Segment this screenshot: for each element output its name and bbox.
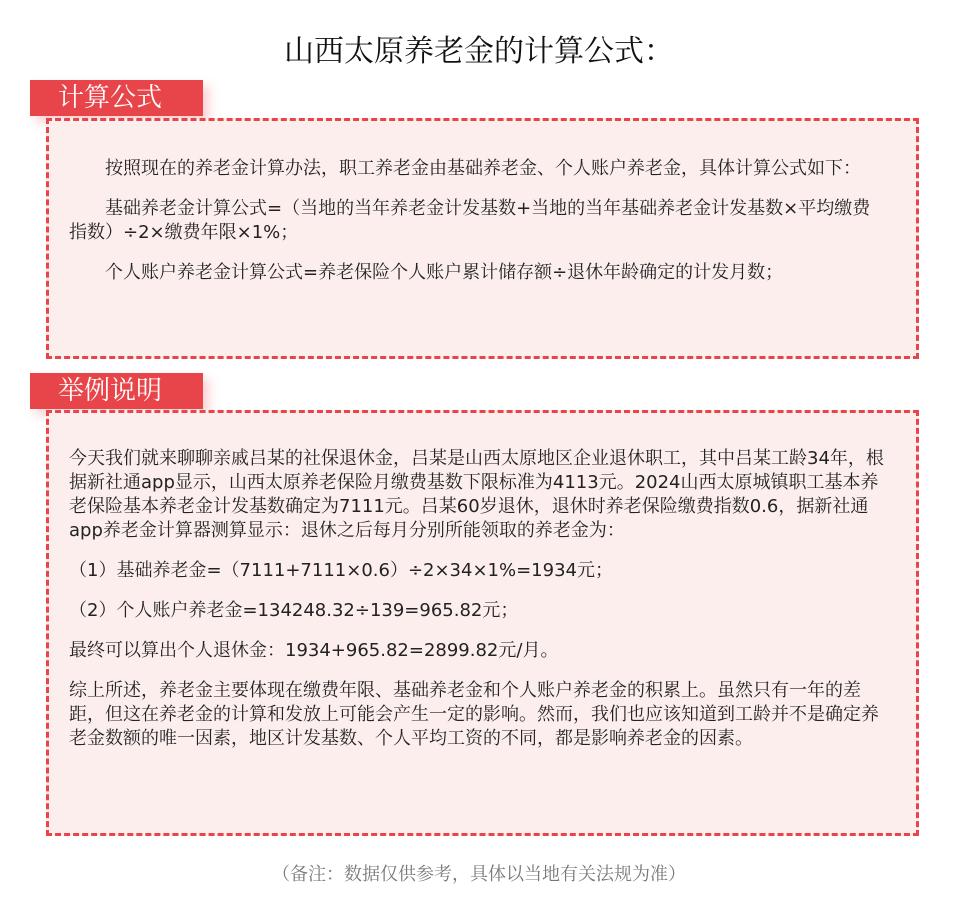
formula-box: 按照现在的养老金计算办法，职工养老金由基础养老金、个人账户养老金，具体计算公式如… <box>46 118 919 359</box>
basic-pension-formula: 基础养老金计算公式=（当地的当年养老金计发基数+当地的当年基础养老金计发基数×平… <box>69 197 886 245</box>
disclaimer-note: （备注：数据仅供参考，具体以当地有关法规为准） <box>0 860 958 886</box>
total-pension: 最终可以算出个人退休金：1934+965.82=2899.82元/月。 <box>69 639 886 663</box>
formula-intro: 按照现在的养老金计算办法，职工养老金由基础养老金、个人账户养老金，具体计算公式如… <box>69 157 886 181</box>
example-box: 今天我们就来聊聊亲戚吕某的社保退休金，吕某是山西太原地区企业退休职工，其中吕某工… <box>46 410 919 836</box>
basic-pension-calc: （1）基础养老金=（7111+7111×0.6）÷2×34×1%=1934元； <box>69 559 886 583</box>
summary: 综上所述，养老金主要体现在缴费年限、基础养老金和个人账户养老金的积累上。虽然只有… <box>69 679 886 751</box>
section-tab-formula: 计算公式 <box>30 80 203 116</box>
page-title: 山西太原养老金的计算公式： <box>0 26 958 70</box>
section-tab-example: 举例说明 <box>30 373 203 409</box>
example-intro: 今天我们就来聊聊亲戚吕某的社保退休金，吕某是山西太原地区企业退休职工，其中吕某工… <box>69 447 886 543</box>
personal-account-formula: 个人账户养老金计算公式=养老保险个人账户累计储存额÷退休年龄确定的计发月数； <box>69 261 886 285</box>
personal-account-calc: （2）个人账户养老金=134248.32÷139=965.82元； <box>69 599 886 623</box>
